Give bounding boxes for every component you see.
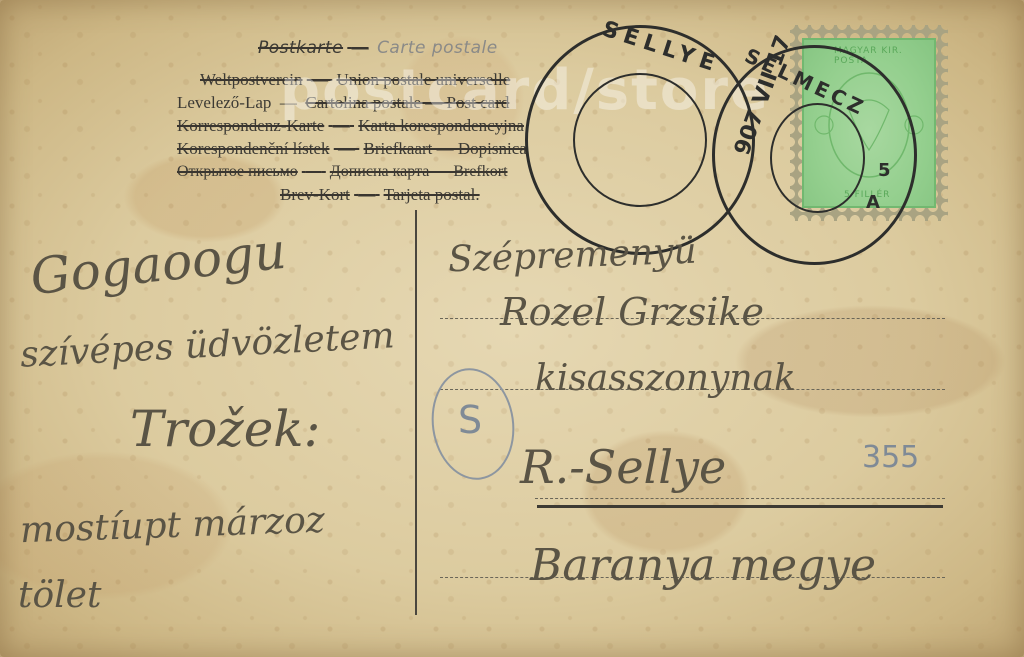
header-line-3: Levelező-Lap — Cartolina postale — Post …: [177, 93, 509, 113]
address-text-5: Baranya megye: [530, 540, 876, 591]
address-underline: [537, 505, 943, 508]
address-divider: [415, 210, 417, 615]
header-line-2: Weltpostverein — Union postale universel…: [200, 70, 510, 90]
pencil-number: 355: [862, 440, 919, 475]
address-line-3: [535, 498, 945, 499]
postmark-hour: 5: [878, 160, 891, 181]
header-line-7: Brev-Kort — Tarjeta postal.: [280, 185, 480, 205]
postmark-inner-ring: [573, 73, 707, 207]
postmark-letter: A: [866, 192, 880, 213]
address-text-1: Szépremenyü: [447, 231, 697, 281]
header-line-1: Postkarte — Carte postale: [258, 38, 498, 58]
postcard: Postkarte — Carte postale Weltpostverein…: [0, 0, 1024, 657]
message-line-5: tölet: [18, 575, 101, 616]
pencil-circled-letter: S: [458, 398, 482, 442]
postmark-inner-ring: [770, 103, 865, 213]
address-text-4: R.-Sellye: [520, 440, 726, 494]
header-line-4: Korrespondenz-Karte — Karta korespondenc…: [177, 116, 524, 136]
header-line-6: Открытое письмо — Дописна карта — Brefko…: [177, 162, 508, 182]
address-text-2: Rozel Grzsike: [500, 290, 764, 334]
header-line-5: Korespondenční lístek — Briefkaart — Dop…: [177, 139, 527, 159]
address-text-3: kisasszonynak: [535, 358, 796, 399]
message-line-3: Trožek:: [130, 400, 320, 458]
